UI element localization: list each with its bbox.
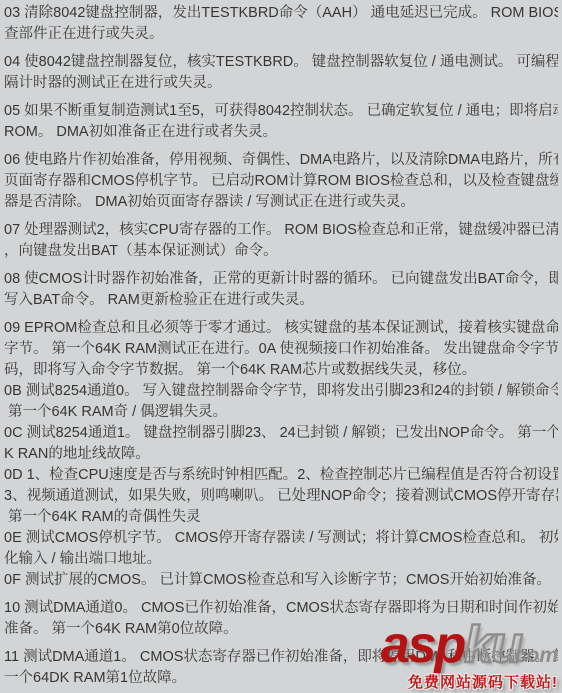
post-code-paragraph-06: 06 使电路片作初始准备，停用视频、奇偶性、DMA电路片，以及清除DMA电路片，…: [4, 150, 558, 213]
post-code-paragraph-05: 05 如果不断重复制造测试1至5，可获得8042控制状态。 已确定软复位 / 通…: [4, 101, 558, 143]
document-body: 03 清除8042键盘控制器，发出TESTKBRD命令（AAH） 通电延迟已完成…: [0, 0, 562, 689]
page: { "page": { "background_color": "#d3d4d5…: [0, 0, 562, 693]
post-code-paragraph-0E: 0E 测试CMOS停机字节。 CMOS停开寄存器读 / 写测试；将计算CMOS检…: [4, 528, 558, 570]
post-code-paragraph-11: 11 测试DMA通道1。 CMOS状态寄存器已作初始准备，即将停用DMA和中断控…: [4, 647, 558, 689]
post-code-paragraph-0D: 0D 1、检查CPU速度是否与系统时钟相匹配。2、检查控制芯片已编程值是否符合初…: [4, 465, 558, 528]
post-code-paragraph-0C: 0C 测试8254通道1。 键盘控制器引脚23、 24已封锁 / 解锁；已发出N…: [4, 423, 558, 465]
post-code-paragraph-0B: 0B 测试8254通道0。 写入键盘控制器命令字节，即将发出引脚23和24的封锁…: [4, 381, 558, 423]
post-code-paragraph-04: 04 使8042键盘控制器复位，核实TESTKBRD。 键盘控制器软复位 / 通…: [4, 52, 558, 94]
post-code-paragraph-09: 09 EPROM检查总和且必须等于零才通过。 核实键盘的基本保证测试，接着核实键…: [4, 318, 558, 381]
post-code-paragraph-08: 08 使CMOS计时器作初始准备，正常的更新计时器的循环。 已向键盘发出BAT命…: [4, 269, 558, 311]
post-code-paragraph-0F: 0F 测试扩展的CMOS。 已计算CMOS检查总和写入诊断字节；CMOS开始初始…: [4, 570, 558, 591]
post-code-paragraph-07: 07 处理器测试2，核实CPU寄存器的工作。 ROM BIOS检查总和正常，键盘…: [4, 220, 558, 262]
post-code-paragraph-03: 03 清除8042键盘控制器，发出TESTKBRD命令（AAH） 通电延迟已完成…: [4, 3, 558, 45]
post-code-paragraph-10: 10 测试DMA通道0。 CMOS已作初始准备，CMOS状态寄存器即将为日期和时…: [4, 598, 558, 640]
